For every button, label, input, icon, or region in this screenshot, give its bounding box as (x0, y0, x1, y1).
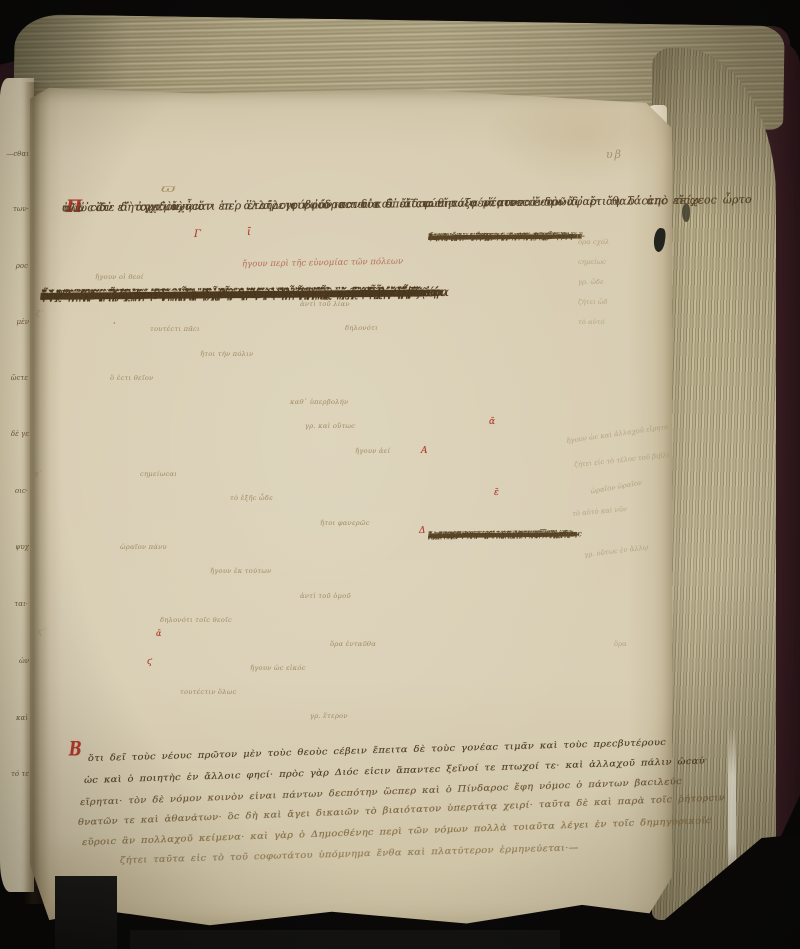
main-text-line: καί τ᾽ ἐρύϲαϲθαι ἀνὴρ ἄϲτυ φίλον καὶ ὅϲϲ… (40, 281, 425, 308)
rubric-mark: Γ (194, 229, 201, 240)
facing-page-text-fragment: οιϲ· (0, 487, 28, 495)
interlinear-gloss: καθ᾽ ὑπερβολήν (290, 398, 348, 406)
facing-page-text-fragment: δέ γε (1, 430, 29, 438)
interlinear-gloss: ἤγουν ἀεί (355, 447, 390, 455)
ornament-flourish: ϖ (161, 184, 176, 195)
facing-page-text-fragment: ὧν (1, 657, 29, 665)
rubric-mark: ε̄ (494, 488, 499, 498)
rubric-mark: Δ (419, 526, 426, 536)
cradle-support-bottom (130, 930, 560, 949)
margin-note: ὅρα ϲχόλ (578, 238, 622, 246)
interlinear-gloss: ἀντὶ τοῦ λίαν (300, 300, 350, 308)
interlinear-gloss: γρ. καὶ οὕτωϲ (305, 422, 355, 430)
facing-page-text-fragment: ται· (0, 600, 28, 608)
left-margin-mark: ζ´ (36, 310, 43, 318)
cradle-support (55, 876, 117, 949)
interlinear-gloss: ἤτοι τὴν πόλιν (200, 350, 253, 358)
interlinear-gloss: ἤτοι φανερῶϲ (320, 519, 370, 527)
manuscript-photo: —ϲθαι των· ροϲ μὲν ὥϲτε δέ γε οιϲ· ψυχ τ… (0, 0, 800, 949)
facing-page-text-fragment: ψυχ (1, 543, 29, 551)
commentary-column-upper: ἰϲτέον ὅτι ταῦτα πρὸϲ τὸν δῆμον λέγειὁ π… (428, 230, 574, 231)
rubric-mark: ϛ (147, 657, 152, 667)
interlinear-gloss: ὅρα ἐνταῦθα (330, 640, 376, 648)
facing-page-text-fragment: —ϲθαι (1, 150, 29, 158)
rubric-mark: ᾱ (489, 417, 495, 427)
interlinear-gloss: ὅ ἐϲτι θεῖον (110, 374, 153, 382)
interlinear-gloss: ὡραῖον πάνυ (120, 543, 167, 551)
folio-number: υβ (606, 148, 623, 161)
rubric-mark: ῑ (247, 227, 251, 238)
left-margin-mark: ϙ´ (34, 470, 42, 478)
interlinear-gloss: ἤγουν οἱ θεοί (95, 273, 144, 281)
facing-page-text-fragment: μὲν (1, 318, 29, 326)
interlinear-gloss: τουτέϲτι πᾶϲι (150, 325, 200, 333)
interlinear-gloss: δηλονότι (345, 324, 378, 332)
interlinear-gloss: ἤγουν ὡϲ εἰκόϲ (250, 664, 306, 672)
left-margin-mark: ϛ´ (38, 628, 45, 636)
margin-note: ϲημείωϲ (578, 258, 622, 266)
rubric-initial-bottom: Β (69, 737, 82, 760)
facing-page-text-fragment: ροϲ (0, 262, 28, 270)
commentary-line: ἔχει· ζήτει καὶ εἰϲ τὸ ἑξῆϲ·— (428, 529, 541, 541)
interlinear-gloss: δηλονότι τοῖϲ θεοῖϲ (160, 616, 232, 624)
facing-page-text-fragment: καὶ (0, 714, 28, 722)
interlinear-gloss: τὸ ἑξῆϲ ὧδε (230, 494, 273, 502)
margin-note: ὅρα (614, 640, 644, 648)
margin-note: γρ. ὧδε (578, 278, 622, 286)
rubric-mark: Α (421, 446, 428, 456)
interlinear-gloss: ἀντὶ τοῦ ὁμοῦ (300, 592, 351, 600)
facing-page-text-fragment: των· (1, 205, 29, 213)
interlinear-gloss: γρ. ἕτερον (310, 712, 348, 720)
rubric-mark: · (113, 319, 116, 328)
facing-page-text-fragment: ὥϲτε (0, 374, 28, 382)
interlinear-gloss: ἤγουν ἐκ τούτων (210, 567, 271, 575)
interlinear-gloss: τουτέϲτιν ὅλωϲ (180, 688, 236, 696)
margin-note: τὸ αὐτό (578, 318, 622, 326)
margin-note: ζήτει ὧδ (578, 298, 622, 306)
interlinear-gloss: ϲημείωϲαι (140, 470, 177, 478)
commentary-line: γόρειοι·— (428, 231, 492, 243)
rubric-mark: ᾱ (156, 629, 161, 638)
facing-page-text-fragment: τό τε (1, 770, 29, 778)
